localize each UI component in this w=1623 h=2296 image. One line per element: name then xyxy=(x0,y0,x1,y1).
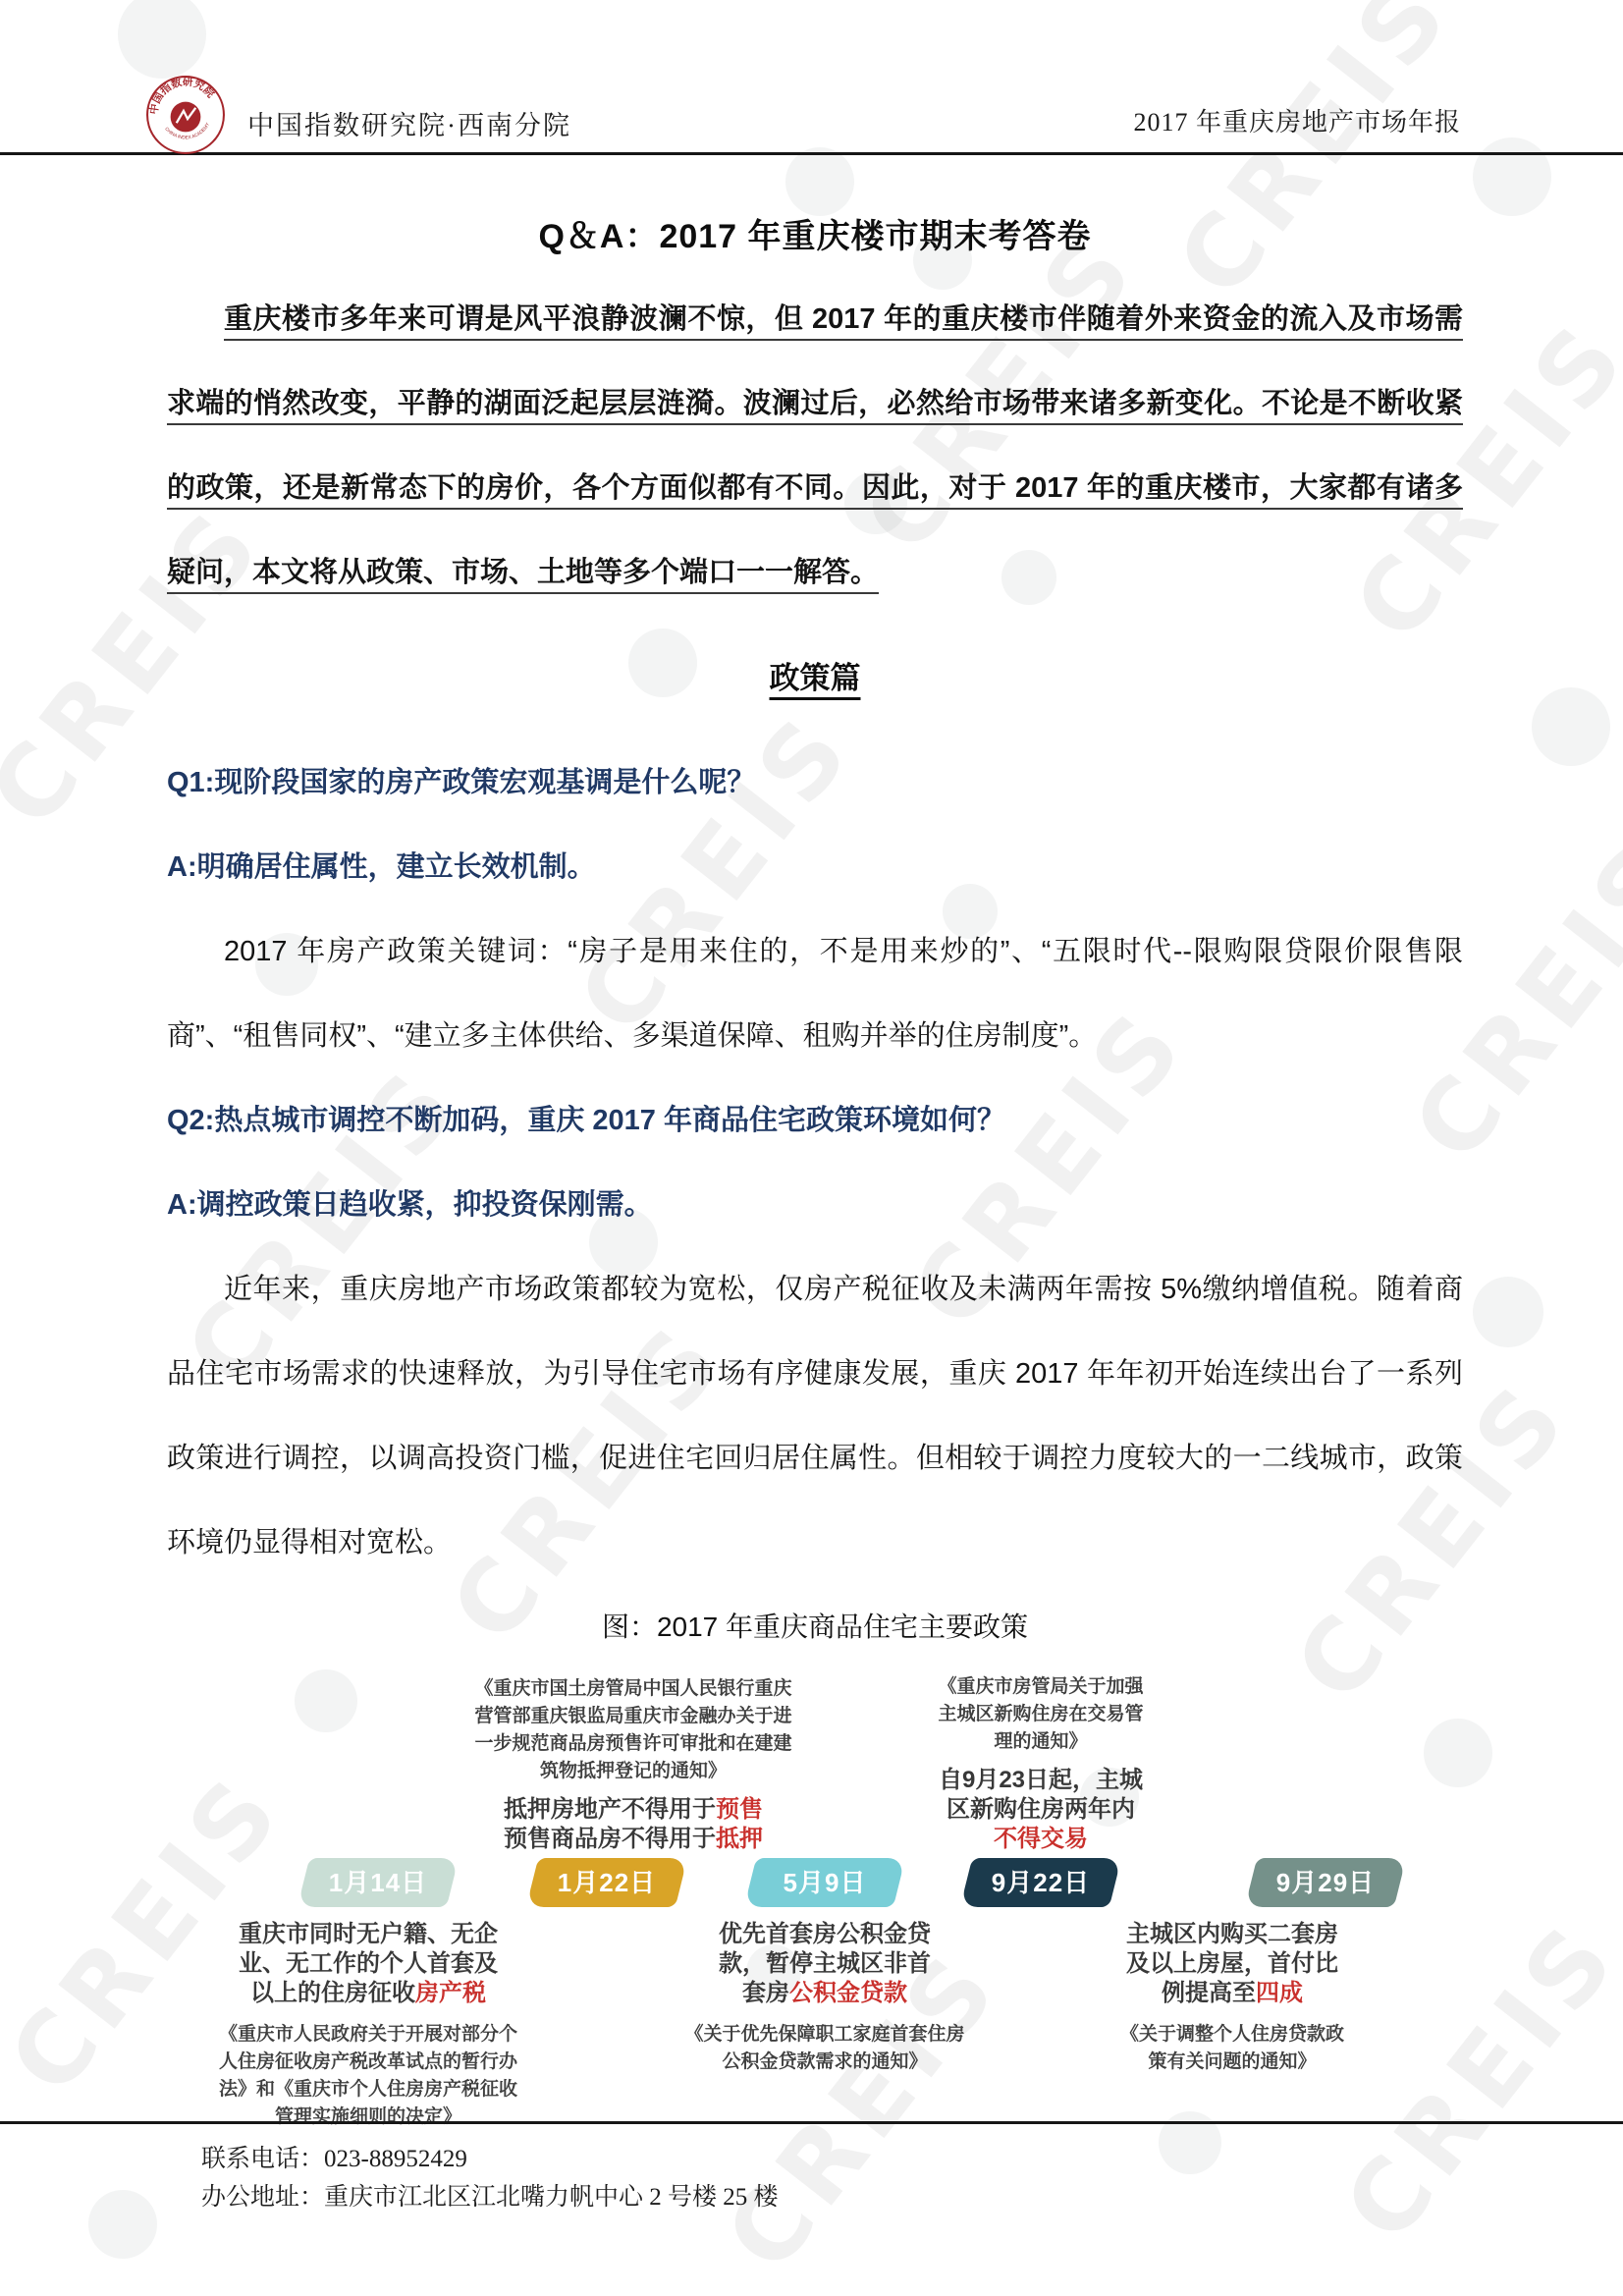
badge-date-label: 9月22日 xyxy=(966,1858,1115,1907)
policy-annotation-bottom-sep29: 主城区内购买二套房及以上房屋，首付比例提高至四成 《关于调整个人住房贷款政策有关… xyxy=(1114,1920,1350,2076)
policy-summary: 自9月23日起，主城区新购住房两年内不得交易 xyxy=(937,1766,1145,1854)
policy-doc-title: 《重庆市房管局关于加强主城区新购住房在交易管理的通知》 xyxy=(938,1673,1144,1756)
footer-phone: 联系电话：023-88952429 xyxy=(201,2140,1623,2178)
page-body: Q＆A：2017 年重庆楼市期末考答卷 重庆楼市多年来可谓是风平浪静波澜不惊，但… xyxy=(167,158,1463,2127)
timeline-badge-jan14: 1月14日 xyxy=(298,1858,459,1907)
policy-doc-title: 《关于优先保障职工家庭首套住房公积金贷款需求的通知》 xyxy=(680,2021,970,2076)
watermark-logo-circle xyxy=(1532,687,1610,766)
policy-annotation-bottom-jan14: 重庆市同时无户籍、无企业、无工作的个人首套及以上的住房征收房产税 《重庆市人民政… xyxy=(214,1920,523,2131)
summary-highlight: 房产税 xyxy=(415,1980,486,2006)
summary-text: 自9月23日起，主城区新购住房两年内 xyxy=(939,1767,1143,1823)
header-report-title: 2017 年重庆房地产市场年报 xyxy=(1133,102,1461,138)
q2-answer: A:调控政策日趋收紧，抑投资保刚需。 xyxy=(167,1163,1463,1247)
page-title: Q＆A：2017 年重庆楼市期末考答卷 xyxy=(167,209,1463,257)
summary-highlight: 预售 xyxy=(716,1796,763,1823)
page-header: 中国指数研究院 CHINA INDEX ACADEMY 中国指数研究院·西南分院… xyxy=(0,0,1623,155)
section-heading-policy: 政策篇 xyxy=(167,636,1463,721)
policy-summary: 重庆市同时无户籍、无企业、无工作的个人首套及以上的住房征收房产税 xyxy=(235,1920,502,2008)
policy-summary: 主城区内购买二套房及以上房屋，首付比例提高至四成 xyxy=(1115,1920,1349,2008)
summary-highlight: 抵押 xyxy=(716,1826,763,1852)
badge-date-label: 1月14日 xyxy=(303,1858,453,1907)
figure-title: 图：2017 年重庆商品住宅主要政策 xyxy=(167,1585,1463,1669)
cia-logo-icon: 中国指数研究院 CHINA INDEX ACADEMY xyxy=(145,75,226,155)
timeline-badge-sep22: 9月22日 xyxy=(960,1858,1121,1907)
policy-summary-line: 抵押房地产不得用于预售 xyxy=(504,1795,763,1825)
policy-doc-title: 《重庆市国土房管局中国人民银行重庆营管部重庆银监局重庆市金融办关于进一步规范商品… xyxy=(474,1675,793,1785)
badge-date-label: 9月29日 xyxy=(1251,1858,1400,1907)
page-footer: 联系电话：023-88952429 办公地址：重庆市江北区江北嘴力帆中心 2 号… xyxy=(0,2121,1623,2216)
q2-body: 近年来，重庆房地产市场政策都较为宽松，仅房产税征收及未满两年需按 5%缴纳增值税… xyxy=(167,1247,1463,1585)
policy-annotation-top-sep22: 《重庆市房管局关于加强主城区新购住房在交易管理的通知》 自9月23日起，主城区新… xyxy=(936,1669,1147,1854)
q1-question: Q1:现阶段国家的房产政策宏观基调是什么呢？ xyxy=(167,740,1463,825)
summary-text: 主城区内购买二套房及以上房屋，首付比例提高至 xyxy=(1126,1921,1338,2006)
header-org-name: 中国指数研究院·西南分院 xyxy=(247,104,571,142)
policy-summary-line: 预售商品房不得用于抵押 xyxy=(504,1825,763,1854)
footer-address: 办公地址：重庆市江北区江北嘴力帆中心 2 号楼 25 楼 xyxy=(201,2178,1623,2216)
intro-paragraph: 重庆楼市多年来可谓是风平浪静波澜不惊，但 2017 年的重庆楼市伴随着外来资金的… xyxy=(167,277,1463,615)
policy-annotation-top-jan22: 《重庆市国土房管局中国人民银行重庆营管部重庆银监局重庆市金融办关于进一步规范商品… xyxy=(471,1669,795,1854)
summary-highlight: 不得交易 xyxy=(994,1826,1088,1852)
policy-doc-title: 《关于调整个人住房贷款政策有关问题的通知》 xyxy=(1118,2021,1346,2076)
timeline-badge-sep29: 9月29日 xyxy=(1245,1858,1406,1907)
badge-date-label: 5月9日 xyxy=(750,1858,899,1907)
summary-highlight: 四成 xyxy=(1256,1980,1303,2006)
policy-timeline-figure: 《重庆市国土房管局中国人民银行重庆营管部重庆银监局重庆市金融办关于进一步规范商品… xyxy=(167,1669,1463,2127)
timeline-badge-may9: 5月9日 xyxy=(744,1858,905,1907)
summary-text: 抵押房地产不得用于 xyxy=(504,1796,716,1823)
timeline-badge-jan22: 1月22日 xyxy=(526,1858,687,1907)
summary-highlight: 公积金贷款 xyxy=(789,1980,907,2006)
policy-summary: 优先首套房公积金贷款，暂停主城区非首套房公积金贷款 xyxy=(708,1920,942,2008)
q1-body: 2017 年房产政策关键词：“房子是用来住的，不是用来炒的”、“五限时代--限购… xyxy=(167,909,1463,1078)
summary-text: 预售商品房不得用于 xyxy=(504,1826,716,1852)
badge-date-label: 1月22日 xyxy=(532,1858,681,1907)
policy-doc-title: 《重庆市人民政府关于开展对部分个人住房征收房产税改革试点的暂行办法》和《重庆市个… xyxy=(215,2021,521,2131)
policy-annotation-bottom-may9: 优先首套房公积金贷款，暂停主城区非首套房公积金贷款 《关于优先保障职工家庭首套住… xyxy=(677,1920,972,2076)
q1-answer: A:明确居住属性，建立长效机制。 xyxy=(167,825,1463,909)
q2-question: Q2:热点城市调控不断加码，重庆 2017 年商品住宅政策环境如何？ xyxy=(167,1078,1463,1163)
watermark-logo-circle xyxy=(1473,1277,1543,1347)
policy-summary: 抵押房地产不得用于预售 预售商品房不得用于抵押 xyxy=(504,1795,763,1854)
